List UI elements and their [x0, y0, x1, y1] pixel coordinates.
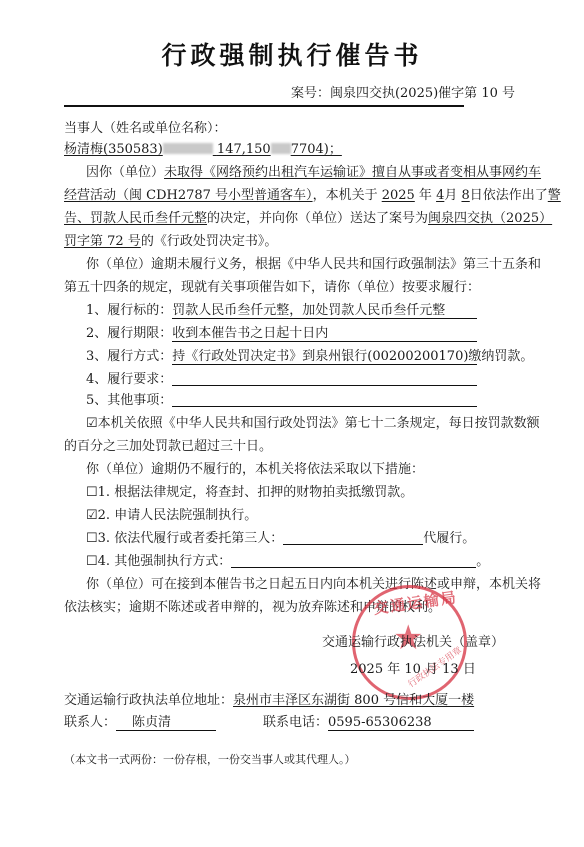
blank-line: [231, 553, 476, 568]
party-info: 杨清梅(350583) 147,1507704)；: [64, 139, 342, 161]
measure-3: ☐3. 依法代履行或者委托第三人：代履行。: [86, 528, 475, 550]
item-5-row: 5、其他事项：: [86, 390, 477, 412]
party-label: 当事人（姓名或单位名称）：: [64, 118, 227, 140]
redacted-block: [271, 143, 291, 154]
para1-line1: 因你（单位）未取得《网络预约出租汽车运输证》擅自从事或者变相从事网约车: [86, 162, 541, 184]
blank-line: [172, 392, 477, 407]
checkbox-checked-icon[interactable]: ☑: [86, 416, 98, 431]
party-name: 杨清梅(350583): [64, 142, 163, 157]
blank-line: [172, 371, 477, 386]
signature-org: 交通运输行政执法机关（盖章）: [322, 632, 504, 654]
measures-intro: 你（单位）逾期仍不履行的，本机关将依法采取以下措施：: [86, 459, 424, 481]
case-number: 案号：闽泉四交执(2025)催字第 10 号: [291, 82, 515, 101]
header-rule: [64, 105, 464, 107]
surcharge-line1: ☑本机关依照《中华人民共和国行政处罚法》第七十二条规定，每日按罚款数额: [86, 413, 540, 435]
checkbox-empty-icon[interactable]: ☐: [86, 554, 98, 569]
address-row: 交通运输行政执法单位地址：泉州市丰泽区东湖街 800 号信和大厦一楼: [64, 690, 474, 712]
checkbox-empty-icon[interactable]: ☐: [86, 531, 98, 546]
measure-4: ☐4. 其他强制执行方式：。: [86, 551, 489, 573]
signature-date: 2025 年 10 月 13 日: [350, 659, 476, 681]
item-4: 4、履行要求：: [86, 369, 477, 391]
footnote: （本文书一式两份：一份存根，一份交当事人或其代理人。）: [64, 751, 356, 767]
measure-2: ☑2. 申请人民法院强制执行。: [86, 505, 257, 527]
checkbox-checked-icon[interactable]: ☑: [86, 508, 98, 523]
item-1: 1、履行标的：罚款人民币叁仟元整，加处罚款人民币叁仟元整: [86, 300, 477, 322]
redacted-block: [163, 143, 213, 154]
para1-line2: 经营活动（闽 CDH2787 号小型普通客车），本机关于 2025 年 4月 8…: [64, 185, 561, 207]
party-suffix: 7704)；: [291, 142, 342, 157]
seal-arc-text: 交通运输局: [372, 586, 459, 619]
item-2: 2、履行期限：收到本催告书之日起十日内: [86, 323, 477, 345]
para1-line4: 罚字第 72 号的《行政处罚决定书》。: [64, 231, 277, 253]
surcharge-line2: 的百分之三加处罚款已超过三十日。: [64, 436, 272, 458]
checkbox-empty-icon[interactable]: ☐: [86, 485, 98, 500]
measure-1: ☐1. 根据法律规定，将查封、扣押的财物拍卖抵缴罚款。: [86, 482, 413, 504]
document-title: 行政强制执行催告书: [0, 36, 584, 72]
phone-row: 联系电话：0595-65306238: [263, 712, 474, 734]
para1-line3: 告、罚款人民币叁仟元整的决定，并向你（单位）送达了案号为闽泉四交执（2025）: [64, 208, 552, 230]
statement-line1: 你（单位）可在接到本催告书之日起五日内向本机关进行陈述或申辩，本机关将: [86, 574, 541, 596]
para2-line1: 你（单位）逾期未履行义务，根据《中华人民共和国行政强制法》第三十五条和: [86, 254, 541, 276]
party-middle: 147,150: [217, 142, 271, 157]
para2-line2: 第五十四条的规定，现就有关事项催告如下，请你（单位）按要求履行：: [64, 277, 480, 299]
blank-line: [283, 530, 423, 545]
item-3: 3、履行方式：持《行政处罚决定书》到泉州银行(00200200170)缴纳罚款。: [86, 346, 477, 368]
person-row: 联系人：陈贞清: [64, 712, 216, 734]
